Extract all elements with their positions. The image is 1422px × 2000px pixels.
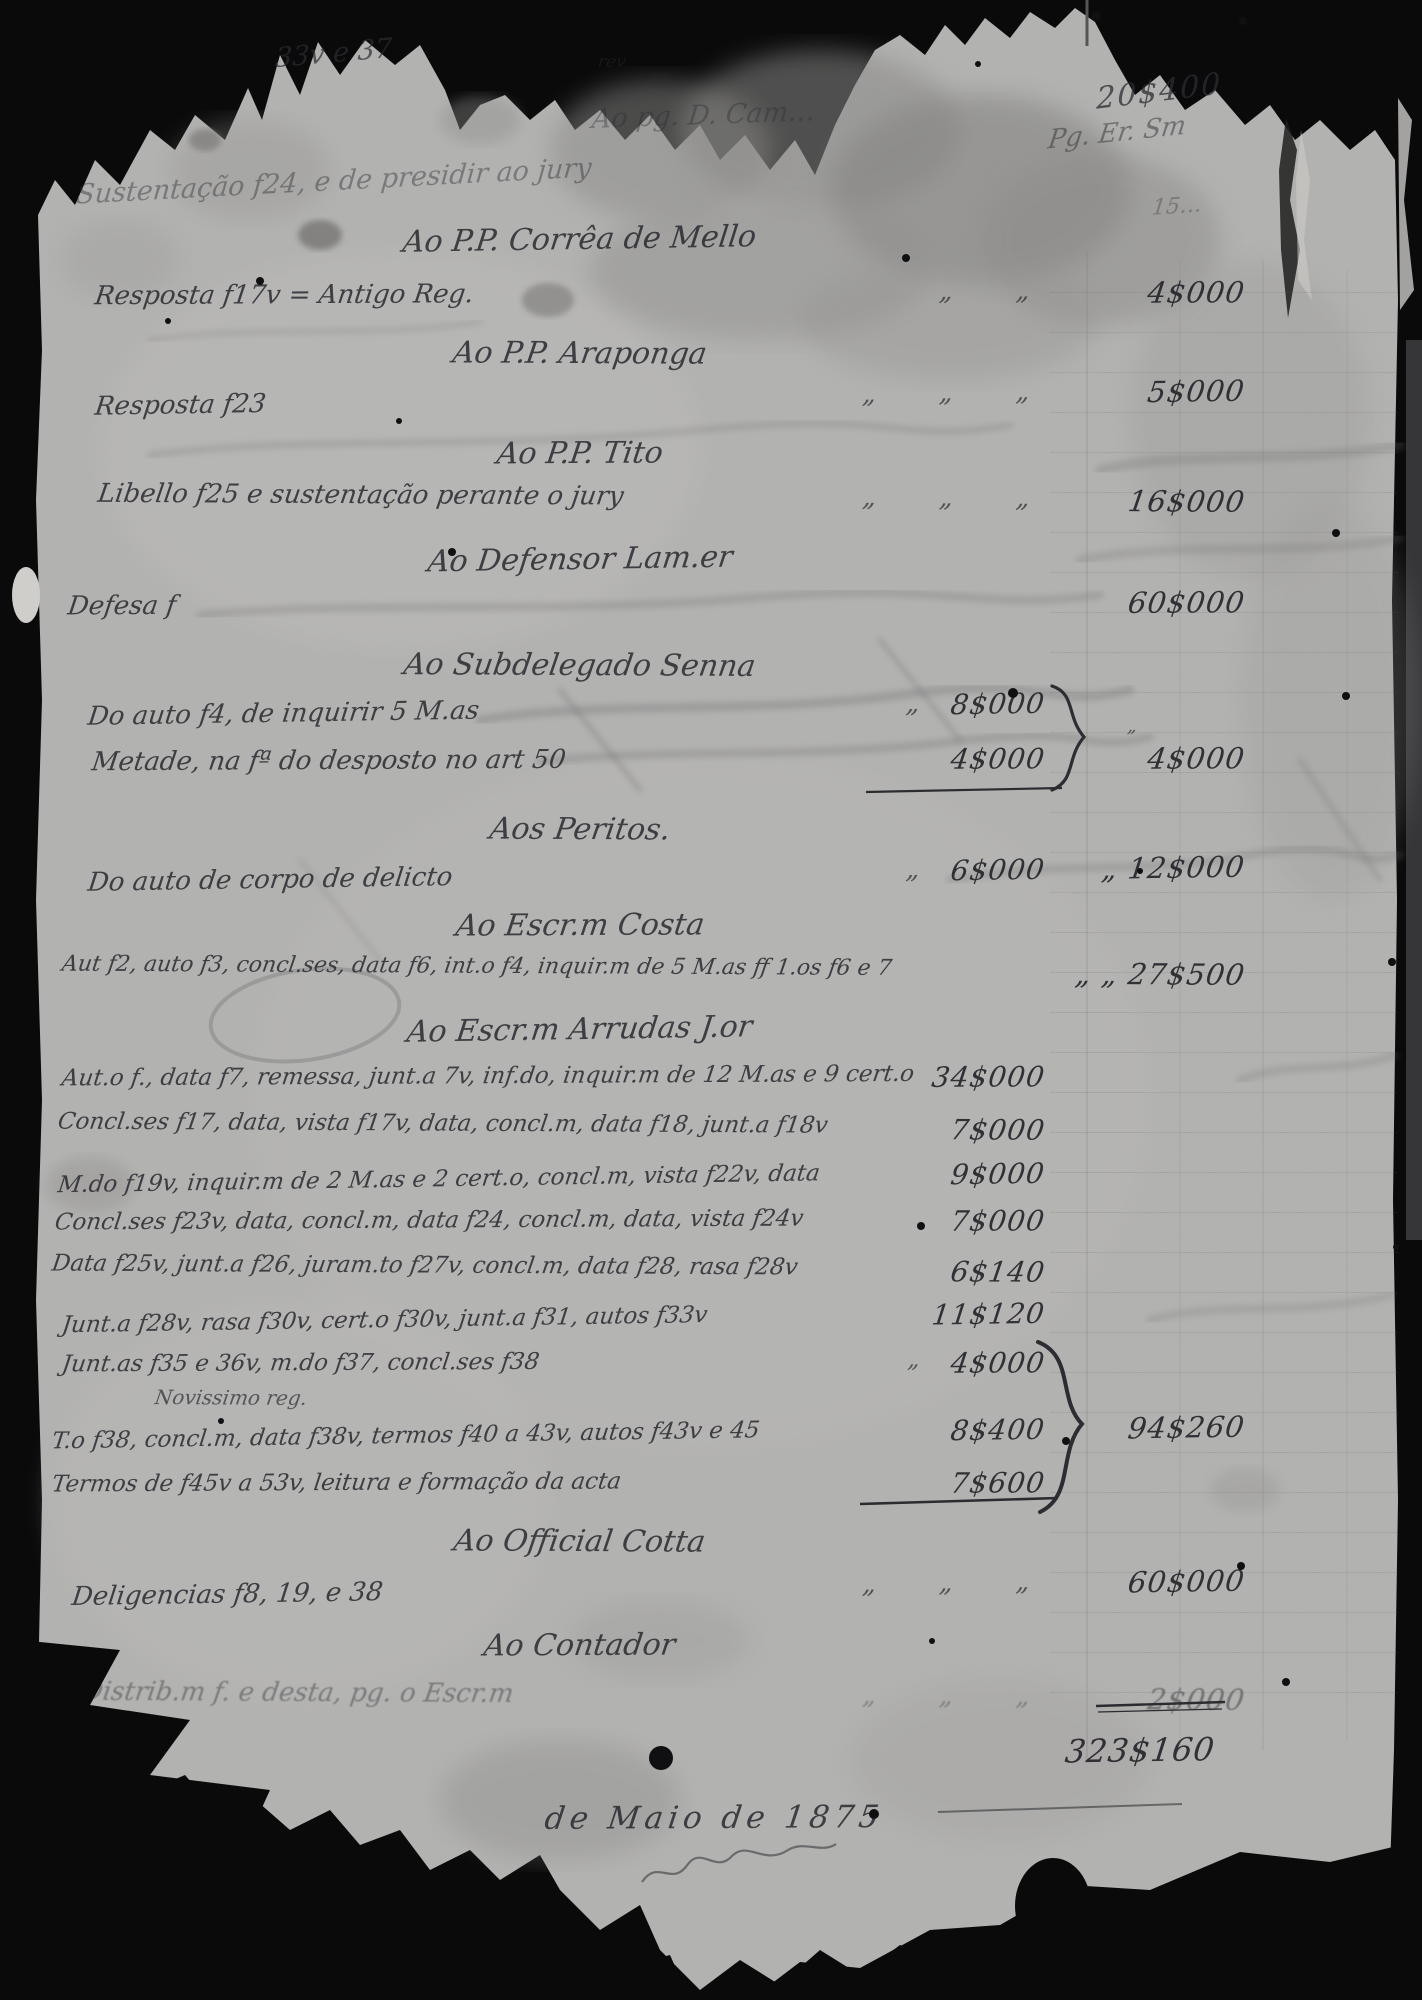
ledger-line: Libello f25 e sustentação perante o jury… — [0, 478, 1422, 527]
ditto-marks: „ „ „ — [728, 1680, 1032, 1712]
total-value: 4$000 — [1043, 741, 1248, 776]
handwriting-layer: 33v e 37 rev 20$400 Pg. Er. Sm 15… Ao pg… — [0, 0, 1422, 2000]
heading-text: Ao P.P. Araponga — [451, 335, 710, 371]
heading-text: Ao P.P. Corrêa de Mello — [401, 219, 759, 260]
section-heading: Ao P.P. Corrêa de Mello — [60, 214, 1101, 272]
ledger-line: Aut.o f., data f7, remessa, junt.a 7v, i… — [0, 1058, 1422, 1107]
ditto-marks: „ „ — [728, 276, 1032, 308]
line-text: Defesa f — [66, 591, 178, 622]
ledger-line: de Maio de 1875 — [0, 1796, 1422, 1845]
folio-note: 33v e 37 — [274, 33, 392, 74]
top-right-scribble: Pg. Er. Sm — [1046, 110, 1188, 155]
date-text: de Maio de 1875 — [543, 1799, 887, 1837]
line-text: Aut.o f., data f7, remessa, junt.a 7v, i… — [60, 1061, 916, 1091]
amount-value: 7$000 — [843, 1113, 1048, 1147]
top-right-amount: 20$400 — [1096, 66, 1222, 117]
line-text: Resposta f17v = Antigo Reg. — [93, 279, 476, 311]
ledger-line: Resposta f17v = Antigo Reg.„ „4$000 — [0, 274, 1422, 323]
top-right-scribble-2: 15… — [1151, 192, 1204, 221]
ditto-marks: „ „ „ — [728, 1567, 1032, 1602]
ledger-line: Aut f2, auto f3, concl.ses, data f6, int… — [0, 951, 1422, 1000]
ledger-line: Deligencias f8, 19, e 38„ „ „60$000 — [0, 1561, 1422, 1625]
ditto-mark-small: „ — [1126, 716, 1138, 737]
amount-value: 11$120 — [843, 1297, 1047, 1333]
heading-text: Ao Escr.m Costa — [453, 907, 706, 943]
line-text: Libello f25 e sustentação perante o jury — [96, 479, 626, 512]
manuscript-page: 33v e 37 rev 20$400 Pg. Er. Sm 15… Ao pg… — [0, 0, 1422, 2000]
section-heading: Ao P.P. Araponga — [60, 333, 1100, 380]
amount-value: 7$600 — [843, 1466, 1047, 1500]
line-text: Metade, na fª do desposto no art 50 — [90, 745, 568, 778]
amount-value: 8$400 — [843, 1413, 1047, 1449]
ledger-line: Data f25v, junt.a f26, juram.to f27v, co… — [0, 1250, 1422, 1299]
rev-note: rev — [596, 52, 627, 72]
amount-value: 6$000 — [843, 853, 1047, 889]
amount-value: 8$000 — [843, 687, 1047, 723]
section-heading: Aos Peritos. — [60, 809, 1100, 856]
faint-heading-line: Ao pg. D. Cam… — [590, 96, 816, 135]
line-text: Do auto f4, de inquirir 5 M.as — [86, 696, 481, 732]
line-text: Data f25v, junt.a f26, juram.to f27v, co… — [50, 1251, 799, 1281]
heading-text: Ao Defensor Lam.er — [426, 540, 735, 580]
line-text: Do auto de corpo de delicto — [86, 862, 454, 898]
amount-value: 7$000 — [843, 1204, 1047, 1238]
total-value: 5$000 — [1043, 374, 1247, 411]
total-value: 94$260 — [1043, 1410, 1247, 1447]
amount-value: 9$000 — [843, 1157, 1047, 1193]
total-value: 2$000 — [1043, 1682, 1248, 1717]
heading-text: Ao Contador — [482, 1627, 678, 1663]
line-text: Concl.ses f23v, data, concl.m, data f24,… — [53, 1206, 805, 1236]
ditto-marks: „ „ „ — [728, 482, 1032, 514]
total-value: 16$000 — [1043, 484, 1248, 519]
ledger-line: Concl.ses f23v, data, concl.m, data f24,… — [0, 1202, 1422, 1251]
ditto-marks: „ „ „ — [728, 377, 1032, 412]
line-text: M.do f19v, inquir.m de 2 M.as e 2 cert.o… — [56, 1160, 821, 1198]
section-heading: Ao Official Cotta — [60, 1521, 1100, 1568]
total-value: 60$000 — [1043, 585, 1248, 620]
heading-text: Ao P.P. Tito — [495, 436, 666, 472]
ledger-line: Resposta f23„ „ „5$000 — [0, 371, 1422, 435]
section-heading: Ao Escr.m Costa — [60, 905, 1100, 952]
ledger-line: Distrib.m f. e desta, pg. o Escr.m„ „ „2… — [0, 1676, 1422, 1725]
heading-text: Ao Subdelegado Senna — [402, 647, 758, 684]
line-text: Distrib.m f. e desta, pg. o Escr.m — [80, 1677, 516, 1709]
line-text: Resposta f23 — [93, 389, 268, 422]
amount-value: 6$140 — [843, 1255, 1048, 1289]
ledger-line: 323$160 — [0, 1727, 1422, 1791]
ledger-line: Defesa f60$000 — [0, 584, 1422, 633]
heading-text: Aos Peritos. — [487, 812, 672, 848]
line-text: Deligencias f8, 19, e 38 — [70, 1577, 384, 1612]
line-text: Concl.ses f17, data, vista f17v, data, c… — [56, 1109, 829, 1139]
grand-total-value: 323$160 — [1043, 1730, 1218, 1771]
section-heading: Ao Defensor Lam.er — [60, 534, 1101, 592]
section-heading: Ao Contador — [60, 1625, 1100, 1672]
heading-text: Ao Escr.m Arrudas J.or — [405, 1009, 755, 1049]
line-text: Junt.as f35 e 36v, m.do f37, concl.ses f… — [60, 1349, 541, 1378]
ledger-line: Do auto de corpo de delicto„6$000„ 12$00… — [0, 847, 1422, 911]
total-value: 60$000 — [1043, 1564, 1247, 1601]
section-heading: Ao Escr.m Arrudas J.or — [60, 1004, 1101, 1062]
heading-text: Ao Official Cotta — [452, 1523, 708, 1559]
line-text: Junt.a f28v, rasa f30v, cert.o f30v, jun… — [60, 1302, 709, 1338]
line-text: Termos de f45v a 53v, leitura e formação… — [50, 1468, 623, 1497]
total-value: „ 12$000 — [1043, 850, 1247, 887]
ledger-line: Termos de f45v a 53v, leitura e formação… — [0, 1464, 1422, 1513]
line-text: Aut f2, auto f3, concl.ses, data f6, int… — [60, 952, 893, 981]
amount-value: 4$000 — [843, 742, 1047, 776]
total-value: „ „ 27$500 — [1043, 957, 1248, 992]
total-value: 4$000 — [1043, 275, 1248, 310]
amount-value: 34$000 — [843, 1060, 1047, 1094]
note-text: Novissimo reg. — [153, 1385, 309, 1410]
section-heading: Ao Subdelegado Senna — [60, 645, 1100, 692]
ledger-line: Concl.ses f17, data, vista f17v, data, c… — [0, 1108, 1422, 1157]
section-heading: Ao P.P. Tito — [60, 433, 1100, 480]
ledger-line: Metade, na fª do desposto no art 504$000… — [0, 740, 1422, 789]
faint-entry-line: Sustentação f24, e de presidir ao jury — [75, 152, 593, 210]
amount-value: 4$000 — [843, 1346, 1047, 1380]
